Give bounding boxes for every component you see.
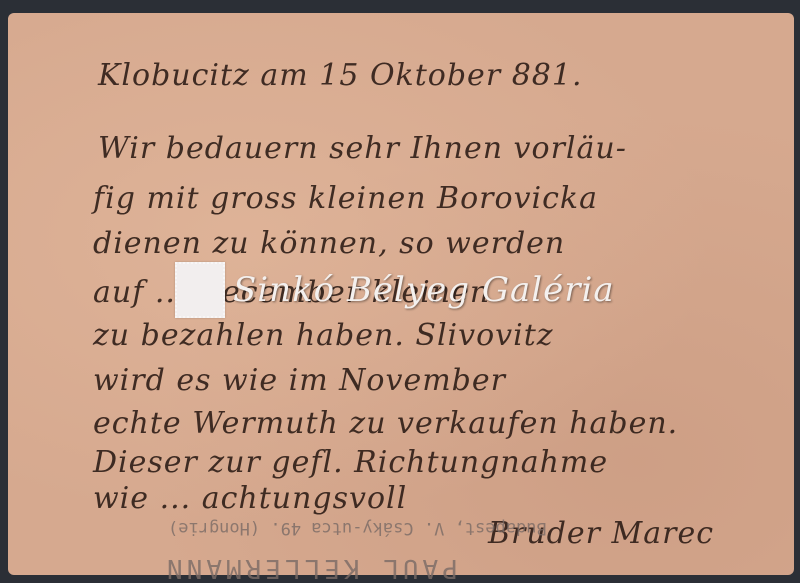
stamp-icon	[175, 262, 225, 318]
handwritten-line: dienen zu können, so werden	[93, 226, 565, 261]
handwritten-line: Wir bedauern sehr Ihnen vorläu-	[98, 131, 627, 166]
watermark: Sinkó Bélyeg Galéria	[175, 262, 615, 318]
handwritten-line: Dieser zur gefl. Richtungnahme	[93, 445, 608, 480]
watermark-text: Sinkó Bélyeg Galéria	[233, 270, 615, 310]
handwritten-line: Klobucitz am 15 Oktober 881.	[98, 58, 583, 93]
handwritten-line: echte Wermuth zu verkaufen haben.	[93, 406, 678, 441]
rubber-stamp-address: Budapest, V. Csáky-utca 49. (Hongrie)	[168, 518, 547, 538]
rubber-stamp-name: PAUL KELLERMANN	[163, 553, 458, 583]
handwritten-line: zu bezahlen haben. Slivovitz	[93, 318, 554, 353]
handwritten-line: wie ... achtungsvoll	[93, 481, 407, 516]
handwritten-line: wird es wie im November	[93, 363, 506, 398]
handwritten-line: fig mit gross kleinen Borovicka	[93, 181, 598, 216]
